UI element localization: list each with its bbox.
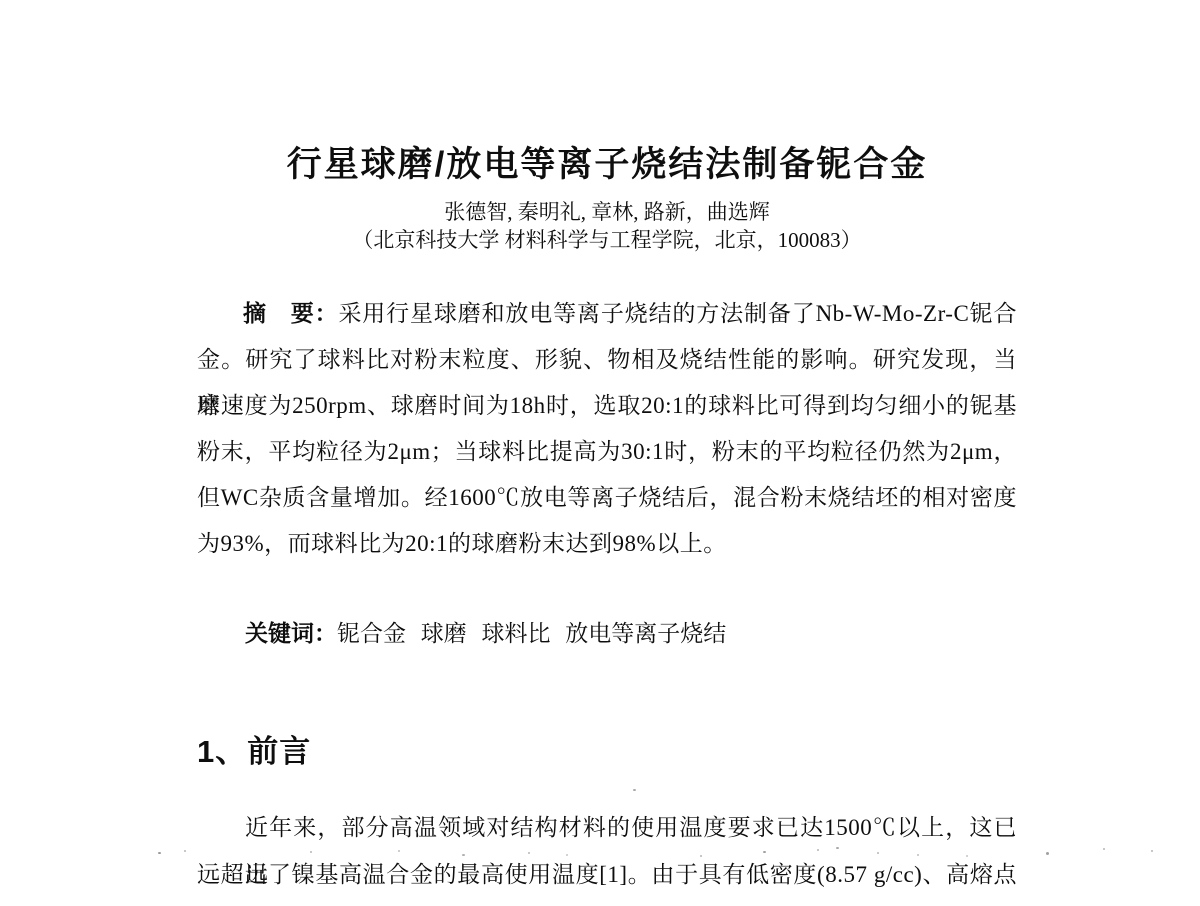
introduction-paragraph: 近年来，部分高温领域对结构材料的使用温度要求已达1500℃以上，这已远 远超出了… — [197, 804, 1017, 898]
abstract-block: 摘 要：采用行星球磨和放电等离子烧结的方法制备了Nb-W-Mo-Zr-C铌合 金… — [197, 291, 1017, 567]
authors-line: 张德智, 秦明礼, 章林, 路新，曲选辉 — [197, 198, 1017, 226]
paper-title: 行星球磨/放电等离子烧结法制备铌合金 — [197, 141, 1017, 189]
abstract-line: 为93%，而球料比为20:1的球磨粉末达到98%以上。 — [197, 521, 1017, 567]
section-heading-introduction: 1、前言 — [197, 731, 1017, 773]
paper-page: 行星球磨/放电等离子烧结法制备铌合金 张德智, 秦明礼, 章林, 路新，曲选辉 … — [0, 0, 1200, 906]
abstract-text: 采用行星球磨和放电等离子烧结的方法制备了Nb-W-Mo-Zr-C铌合 — [338, 301, 1017, 326]
abstract-line: 金。研究了球料比对粉末粒度、形貌、物相及烧结性能的影响。研究发现，当球 — [197, 337, 1017, 383]
keywords-label: 关键词： — [245, 621, 337, 646]
keywords-line: 关键词：铌合金 球磨 球料比 放电等离子烧结 — [197, 611, 1017, 657]
abstract-label: 摘 要： — [243, 301, 338, 326]
abstract-line: 但WC杂质含量增加。经1600℃放电等离子烧结后，混合粉末烧结坯的相对密度 — [197, 475, 1017, 521]
intro-line: 远超出了镍基高温合金的最高使用温度[1]。由于具有低密度(8.57 g/cc)、… — [197, 851, 1017, 898]
abstract-line: 磨速度为250rpm、球磨时间为18h时，选取20:1的球料比可得到均匀细小的铌… — [197, 383, 1017, 429]
abstract-line: 摘 要：采用行星球磨和放电等离子烧结的方法制备了Nb-W-Mo-Zr-C铌合 — [197, 291, 1017, 337]
abstract-line: 粉末，平均粒径为2μm；当球料比提高为30:1时，粉末的平均粒径仍然为2μm， — [197, 429, 1017, 475]
affiliation-line: （北京科技大学 材料科学与工程学院，北京，100083） — [197, 226, 1017, 254]
keywords-text: 铌合金 球磨 球料比 放电等离子烧结 — [337, 621, 726, 646]
intro-line: 近年来，部分高温领域对结构材料的使用温度要求已达1500℃以上，这已远 — [197, 804, 1017, 851]
